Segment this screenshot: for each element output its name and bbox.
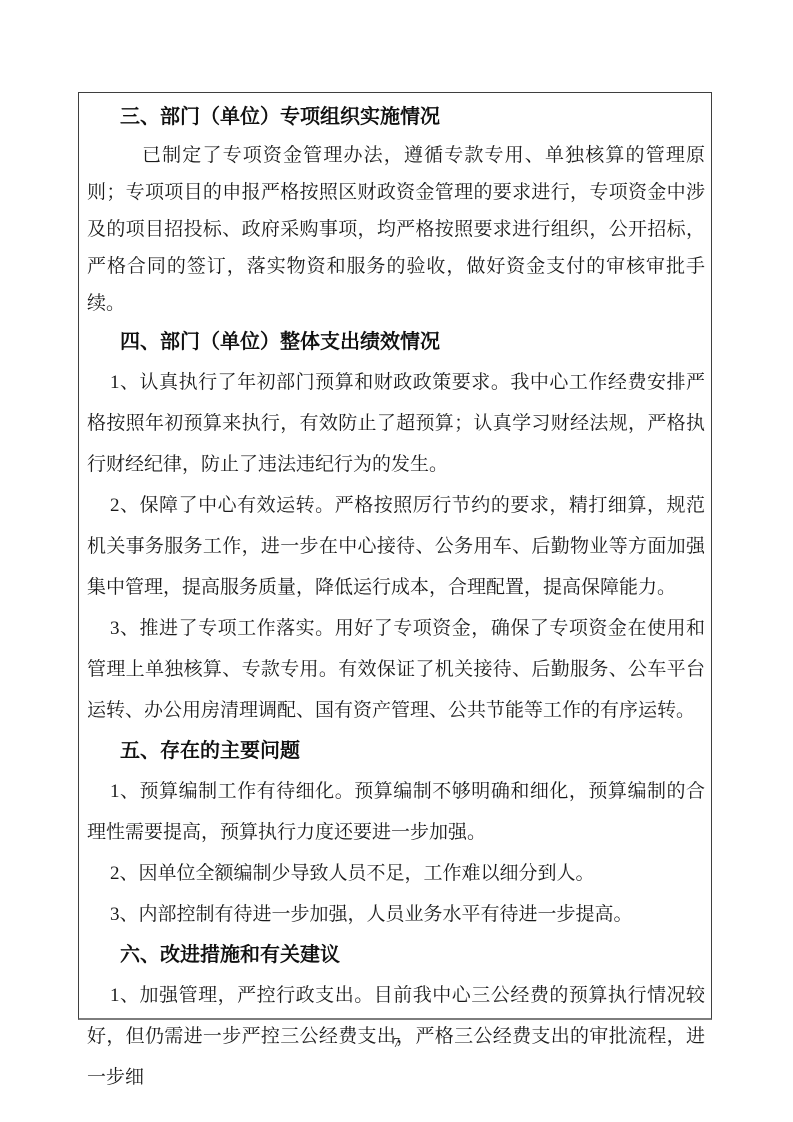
section-heading-3: 三、部门（单位）专项组织实施情况 — [87, 97, 705, 137]
paragraph: 1、预算编制工作有待细化。预算编制不够明确和细化，预算编制的合理性需要提高，预算… — [87, 771, 705, 853]
page-number: 7 — [0, 1036, 793, 1052]
paragraph: 3、内部控制有待进一步加强，人员业务水平有待进一步提高。 — [87, 894, 705, 935]
content-cell: 三、部门（单位）专项组织实施情况 已制定了专项资金管理办法，遵循专款专用、单独核… — [78, 92, 712, 1020]
document-page: 三、部门（单位）专项组织实施情况 已制定了专项资金管理办法，遵循专款专用、单独核… — [0, 0, 793, 1122]
paragraph: 2、因单位全额编制少导致人员不足，工作难以细分到人。 — [87, 853, 705, 894]
section-heading-6: 六、改进措施和有关建议 — [87, 935, 705, 975]
paragraph: 3、推进了专项工作落实。用好了专项资金，确保了专项资金在使用和管理上单独核算、专… — [87, 608, 705, 731]
section-heading-4: 四、部门（单位）整体支出绩效情况 — [87, 322, 705, 362]
paragraph: 1、认真执行了年初部门预算和财政政策要求。我中心工作经费安排严格按照年初预算来执… — [87, 362, 705, 485]
paragraph: 2、保障了中心有效运转。严格按照厉行节约的要求，精打细算，规范机关事务服务工作，… — [87, 485, 705, 608]
section-heading-5: 五、存在的主要问题 — [87, 731, 705, 771]
paragraph: 已制定了专项资金管理办法，遵循专款专用、单独核算的管理原则；专项项目的申报严格按… — [87, 137, 705, 322]
